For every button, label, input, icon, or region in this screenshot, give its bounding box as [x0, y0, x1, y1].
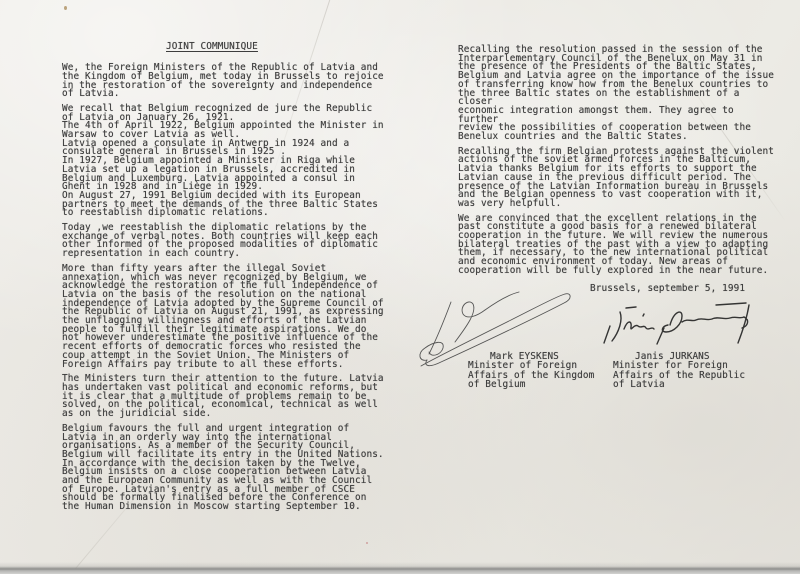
paragraph-integration: Belgium favours the full and urgent inte… [62, 425, 396, 512]
paragraph-future-reforms: The Ministers turn their attention to th… [62, 375, 396, 419]
document-title-text: JOINT COMMUNIQUE [166, 41, 258, 52]
paper-speck [64, 6, 67, 10]
paragraph-belgian-protests: Recalling the firm Belgian protests agai… [458, 148, 778, 209]
scanned-communique-page: JOINT COMMUNIQUE We, the Foreign Ministe… [0, 0, 800, 574]
paragraph-benelux-resolution: Recalling the resolution passed in the s… [458, 46, 778, 142]
right-column: Recalling the resolution passed in the s… [458, 46, 778, 293]
scan-edge [0, 562, 800, 574]
jurkans-signature [598, 298, 756, 348]
document-title: JOINT COMMUNIQUE [62, 43, 396, 52]
signatory-block-eyskens: Mark EYSKENS Minister of Foreign Affairs… [468, 352, 594, 389]
paragraph-independence-restoration: More than fifty years after the illegal … [62, 265, 396, 369]
dateline: Brussels, september 5, 1991 [458, 285, 778, 294]
paragraph-bilateral-cooperation: We are convinced that the excellent rela… [458, 215, 778, 276]
paragraph-opening: We, the Foreign Ministers of the Republi… [62, 64, 396, 99]
signatory-block-jurkans: Janis JURKANS Minister for Foreign Affai… [613, 352, 745, 389]
paper-speck [366, 542, 368, 544]
paragraph-historical-recognition: We recall that Belgium recognized de jur… [62, 105, 396, 218]
signatory-role: Minister of Foreign Affairs of the Kingd… [468, 361, 594, 389]
signatory-role: Minister for Foreign Affairs of the Repu… [613, 361, 745, 389]
left-column: JOINT COMMUNIQUE We, the Foreign Ministe… [62, 43, 396, 512]
paragraph-reestablish-relations: Today ,we reestablish the diplomatic rel… [62, 224, 396, 259]
